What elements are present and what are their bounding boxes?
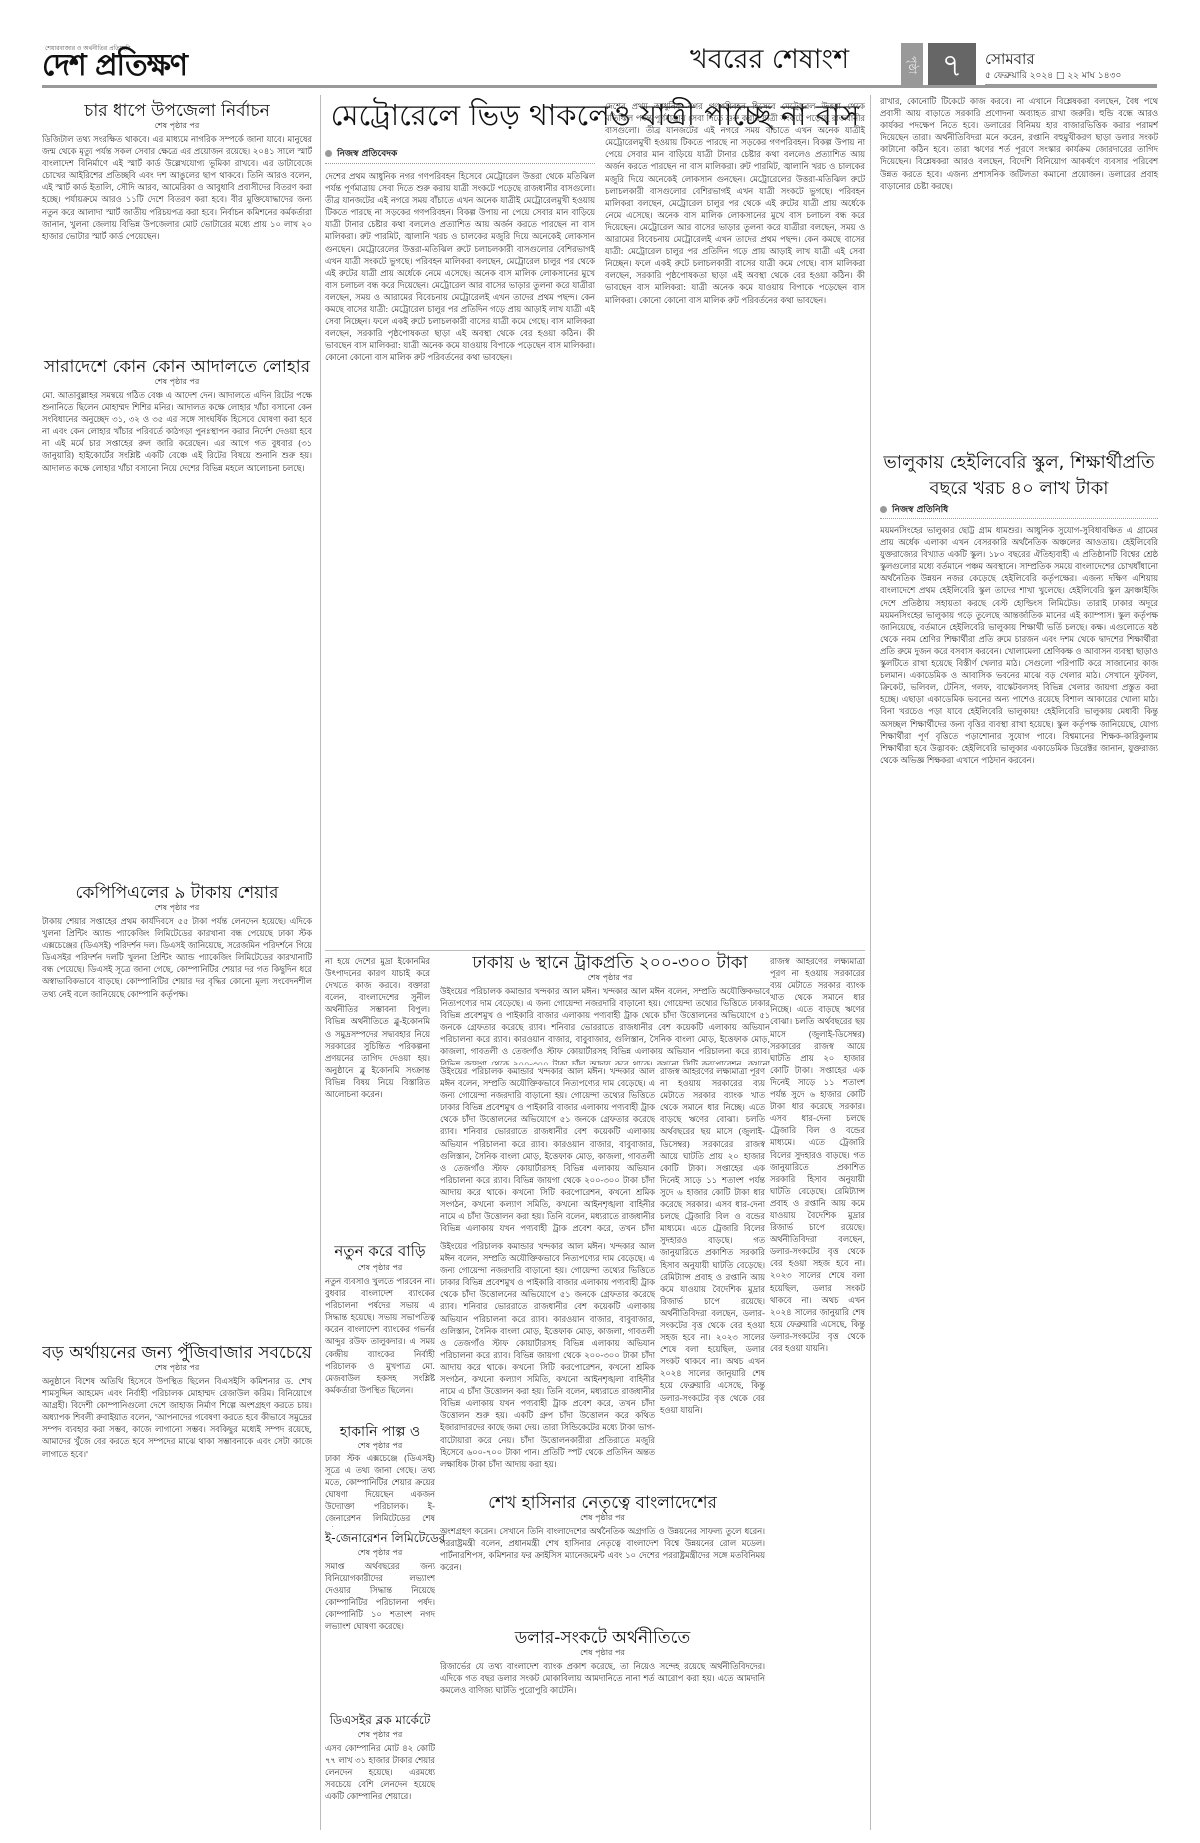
continued-label: শেষ পৃষ্ঠার পর <box>325 1547 435 1560</box>
article-body-metro-col1: দেশের প্রথম আধুনিক নগর গণপরিবহন হিসেবে ম… <box>325 170 595 950</box>
article-body-haileybury: ময়মনসিংহের ভালুকার ছোট্ট গ্রাম ধামশুর। … <box>880 524 1158 1829</box>
article-body-kppl: টাকায় শেয়ার সপ্তাহের প্রথম কার্যদিবসে … <box>42 915 312 1335</box>
article-body-capital-market: অনুষ্ঠানে বিশেষ অতিথি হিসেবে উপস্থিত ছিল… <box>42 1375 312 1825</box>
article-body-upazila: ডিজিটাল তথ্য সংরক্ষিত থাকবে। এর মাধ্যমে … <box>42 133 312 351</box>
column-divider <box>870 95 871 1830</box>
continued-label: শেষ পৃষ্ঠার পর <box>440 1512 765 1525</box>
byline-rule <box>880 518 1158 519</box>
byline-metro: নিজস্ব প্রতিবেদক <box>325 146 397 161</box>
continued-label: শেষ পৃষ্ঠার পর <box>325 1262 435 1275</box>
section-title: খবরের শেষাংশ <box>690 44 849 76</box>
headline-haileybury-2: বছরে খরচ ৪০ লাখ টাকা <box>880 474 1158 505</box>
continued-label: শেষ পৃষ্ঠার পর <box>440 1647 765 1660</box>
continued-label: শেষ পৃষ্ঠার পর <box>440 972 780 985</box>
bullet-icon <box>325 150 332 157</box>
byline-rule <box>325 163 595 164</box>
page-number: ৭ <box>928 43 976 87</box>
page-label: পৃষ্ঠা <box>901 43 923 87</box>
byline-text: নিজস্ব প্রতিবেদক <box>337 149 397 159</box>
article-body-egeneration: সমাপ্ত অর্থবছরের জন্য বিনিয়োগকারীদের লভ… <box>325 1560 435 1710</box>
article-body-hsbc: ঢাকা স্টক এক্সচেঞ্জে (ডিএসই) সূত্রে এ তথ… <box>325 1452 435 1527</box>
article-body-dollar-crisis: রিজার্ভের যে তথ্য বাংলাদেশ ব্যাংক প্রকাশ… <box>440 1660 765 1830</box>
column-divider <box>320 95 321 1830</box>
bullet-icon <box>880 506 887 513</box>
issue-date: ৫ ফেব্রুয়ারি ২০২৪ □ ২২ মাঘ ১৪৩০ <box>985 68 1121 83</box>
continued-label: শেষ পৃষ্ঠার পর <box>42 376 312 389</box>
newspaper-logo: দেশ প্রতিক্ষণ <box>42 50 187 82</box>
article-body-truck-cont2: উইংয়ের পরিচালক কমান্ডার খন্দকার আল মঈন।… <box>440 1240 655 1480</box>
article-body-truck-cont: উইংয়ের পরিচালক কমান্ডার খন্দকার আল মঈন।… <box>440 1065 655 1235</box>
article-body-remittance: রাখার, কোনোটি টিকেটে কাজ করবে। না এখানে … <box>880 95 1158 440</box>
continued-label: শেষ পৃষ্ঠার পর <box>42 902 312 915</box>
date-underline <box>985 84 1157 87</box>
article-body-truck: উইংয়ের পরিচালক কমান্ডার খন্দকার আল মঈন।… <box>440 985 770 1065</box>
article-body-economy-side: না হয়ে দেশের মুদ্রা ইকোনমির উৎপাদনের কা… <box>325 955 430 1225</box>
article-body-block-market: এসব কোম্পানির মোট ৪২ কোটি ৭৭ লাখ ৩১ হাজা… <box>325 1742 435 1830</box>
continued-label: শেষ পৃষ্ঠার পর <box>42 120 312 133</box>
article-body-court: মো. আতাবুল্লাহর সমন্বয়ে গঠিত বেঞ্চ এ আদ… <box>42 389 312 874</box>
article-body-new-house: নতুন ব্যবসাও খুলতে পারবেন না। বুধবার বাং… <box>325 1275 435 1415</box>
byline-haileybury: নিজস্ব প্রতিনিধি <box>880 502 948 517</box>
continued-label: শেষ পৃষ্ঠার পর <box>325 1729 435 1742</box>
byline-text: নিজস্ব প্রতিনিধি <box>892 505 948 515</box>
article-body-metro-col2: দেশের প্রথম আধুনিক নগর গণপরিবহন হিসেবে ম… <box>605 100 865 950</box>
continued-label: শেষ পৃষ্ঠার পর <box>42 1362 312 1375</box>
article-body-sheikh-hasina: অংশগ্রহণ করেন। সেখানে তিনি বাংলাদেশের অর… <box>440 1525 765 1620</box>
article-body-budget: রাজস্ব আহরণের লক্ষ্যমাত্রা পূরণ না হওয়া… <box>770 955 865 1605</box>
